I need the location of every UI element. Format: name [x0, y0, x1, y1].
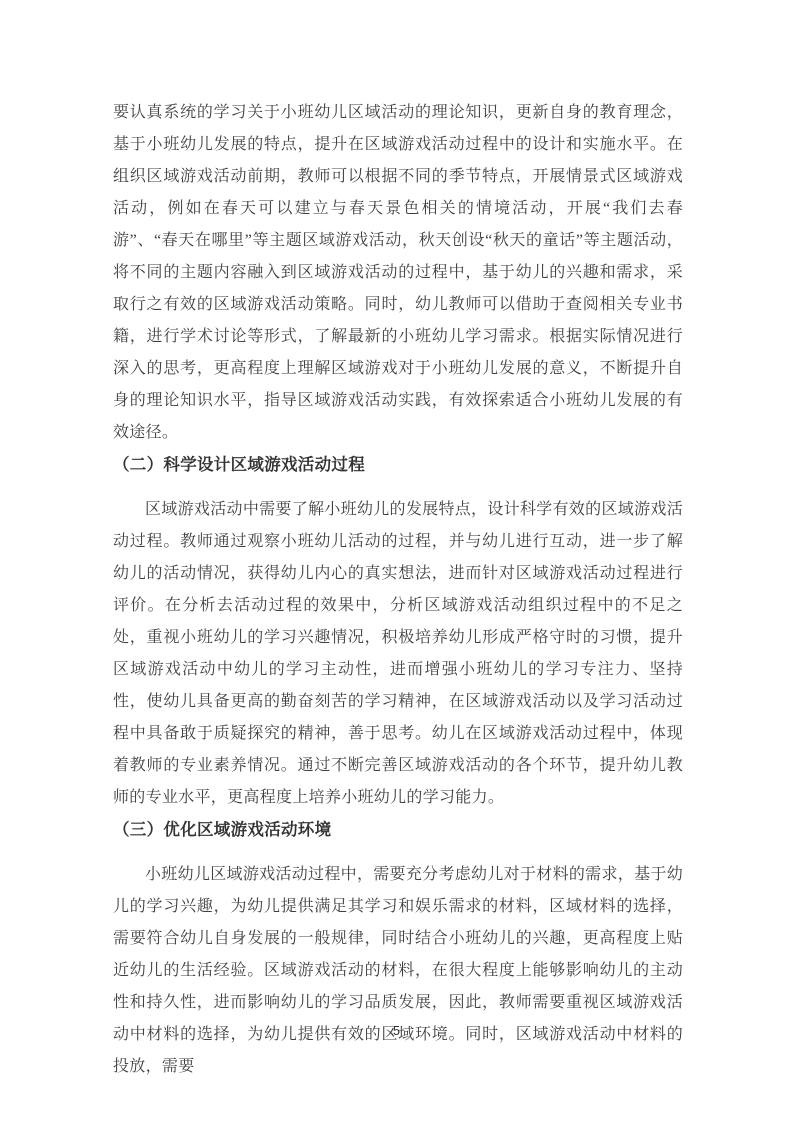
page-footer: 5 [0, 1021, 793, 1041]
section-3-heading: （三）优化区域游戏活动环境 [113, 814, 683, 846]
section-2-paragraph: 区域游戏活动中需要了解小班幼儿的发展特点，设计科学有效的区域游戏活动过程。教师通… [113, 494, 683, 814]
page-number: 5 [393, 1024, 400, 1038]
body-paragraph-1: 要认真系统的学习关于小班幼儿区域活动的理论知识，更新自身的教育理念，基于小班幼儿… [113, 97, 683, 449]
section-3-paragraph: 小班幼儿区域游戏活动过程中，需要充分考虑幼儿对于材料的需求，基于幼儿的学习兴趣，… [113, 859, 683, 1083]
section-2-heading: （二）科学设计区域游戏活动过程 [113, 449, 683, 481]
document-content: 要认真系统的学习关于小班幼儿区域活动的理论知识，更新自身的教育理念，基于小班幼儿… [113, 97, 683, 1083]
document-page: 要认真系统的学习关于小班幼儿区域活动的理论知识，更新自身的教育理念，基于小班幼儿… [0, 0, 793, 1122]
